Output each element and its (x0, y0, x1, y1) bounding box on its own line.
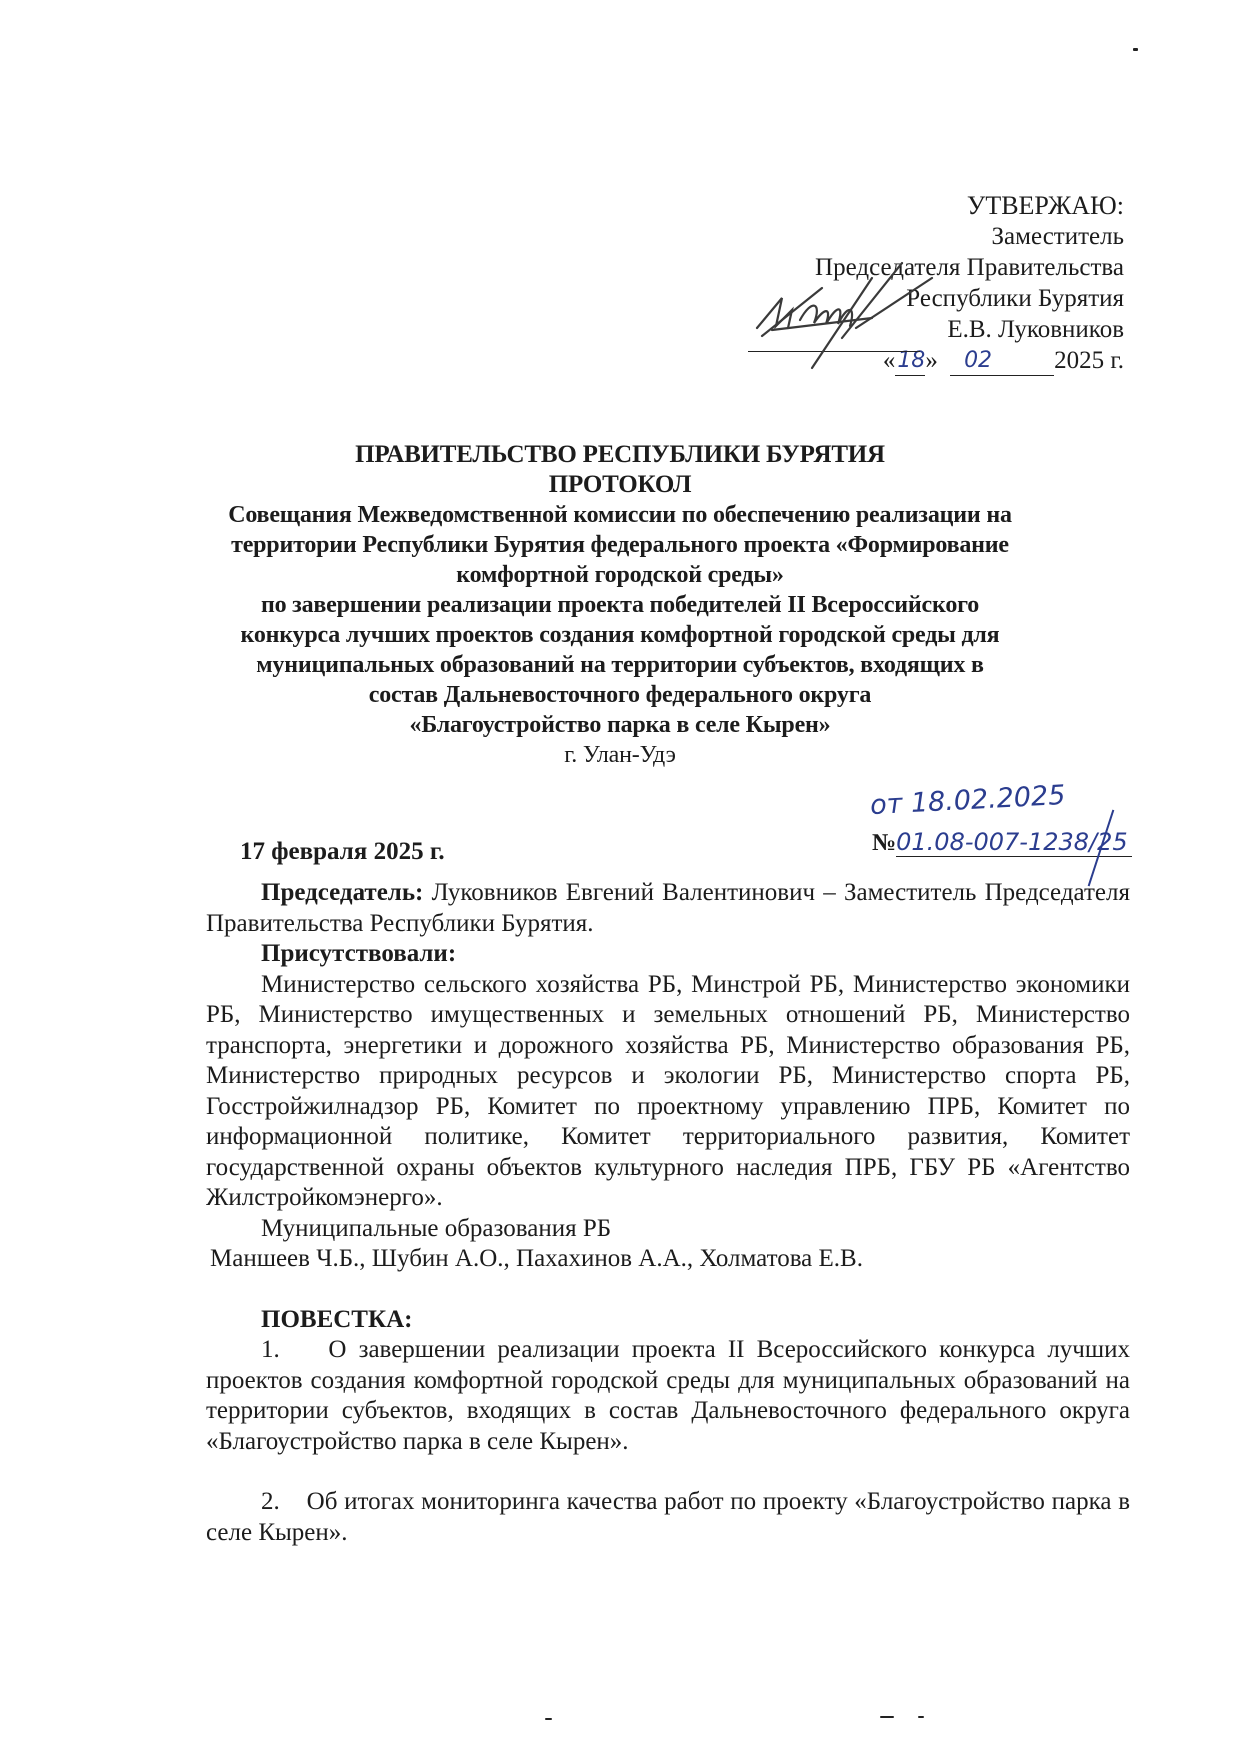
subject-line-6: муниципальных образований на территории … (190, 650, 1050, 680)
attendees-label: Присутствовали: (206, 939, 1130, 970)
meeting-date: 17 февраля 2025 г. (240, 838, 445, 866)
number-sign: № (872, 830, 896, 856)
scan-artifact (918, 1716, 924, 1718)
agenda-label: ПОВЕСТКА: (206, 1305, 1130, 1336)
subject-line-7: состав Дальневосточного федерального окр… (190, 680, 1050, 710)
document-type: ПРОТОКОЛ (190, 470, 1050, 500)
approval-date-month: 02 (964, 345, 992, 376)
chair-label: Председатель: (261, 879, 423, 906)
subject-line-4: по завершении реализации проекта победит… (190, 590, 1050, 620)
scan-artifact (1133, 48, 1138, 51)
approval-date-year: 2025 г. (1054, 347, 1124, 374)
registration-number: №01.08-007-1238/25 (872, 828, 1132, 857)
registration-date: от 18.02.2025 (869, 780, 1066, 821)
subject-line-2: территории Республики Бурятия федерально… (190, 530, 1050, 560)
chair-paragraph: Председатель: Луковников Евгений Валенти… (206, 878, 1130, 939)
signature-icon (752, 258, 942, 378)
approval-line-1: Заместитель (815, 221, 1124, 252)
protocol-body: Председатель: Луковников Евгений Валенти… (206, 878, 1130, 1548)
subject-line-3: комфортной городской среды» (190, 560, 1050, 590)
document-header: ПРАВИТЕЛЬСТВО РЕСПУБЛИКИ БУРЯТИЯ ПРОТОКО… (190, 440, 1050, 770)
subject-line-1: Совещания Межведомственной комиссии по о… (190, 500, 1050, 530)
municipal-label: Муниципальные образования РБ (206, 1214, 1130, 1245)
subject-line-8: «Благоустройство парка в селе Кырен» (190, 710, 1050, 740)
government-name: ПРАВИТЕЛЬСТВО РЕСПУБЛИКИ БУРЯТИЯ (190, 440, 1050, 470)
approval-title: УТВЕРЖАЮ: (815, 190, 1124, 221)
attendees-persons: Маншеев Ч.Б., Шубин А.О., Пахахинов А.А.… (206, 1244, 1130, 1275)
scan-artifact (880, 1716, 894, 1718)
city: г. Улан-Удэ (190, 740, 1050, 770)
subject-line-5: конкурса лучших проектов создания комфор… (190, 620, 1050, 650)
registration-number-value: 01.08-007-1238/25 (896, 828, 1132, 857)
scan-artifact (545, 1718, 552, 1720)
attendees-organizations: Министерство сельского хозяйства РБ, Мин… (206, 970, 1130, 1214)
agenda-item-2: 2. Об итогах мониторинга качества работ … (206, 1487, 1130, 1548)
agenda-item-1: 1. О завершении реализации проекта II Вс… (206, 1335, 1130, 1457)
